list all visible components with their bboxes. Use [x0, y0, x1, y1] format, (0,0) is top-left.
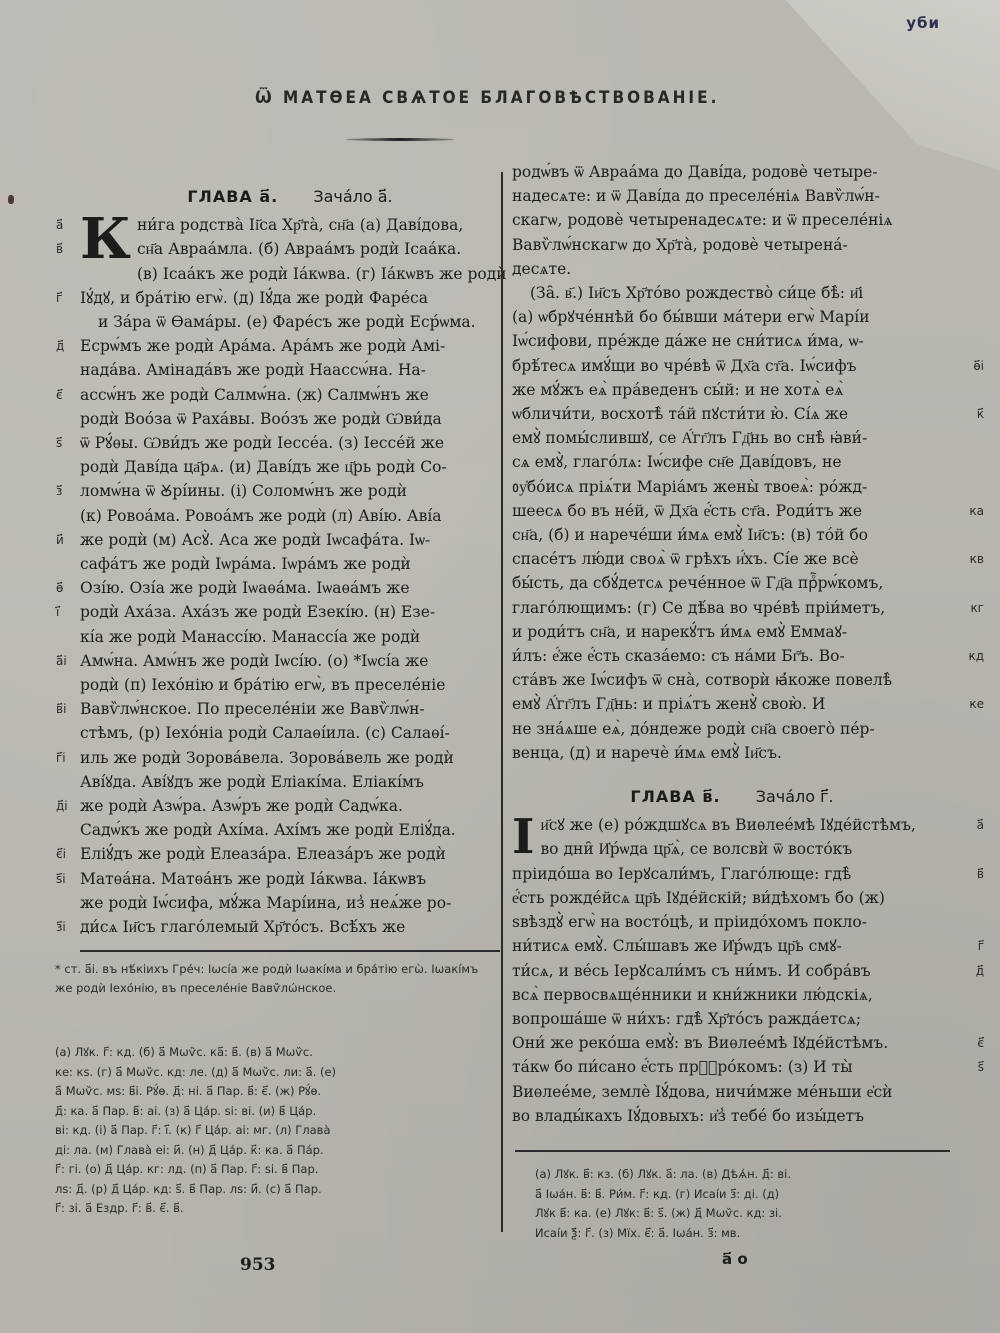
reference-line: д҃: ка. а҃ Пар. в҃: аі. (з) а҃ Ца́р. ѕі:… — [55, 1102, 485, 1122]
verse-text: кі́а же родѝ Манассі́ю. Манассі́а же род… — [80, 628, 420, 646]
verse-text: Еліꙋ́дъ же родѝ Елеаза́ра. Елеаза́ръ же … — [80, 845, 446, 863]
reference-line: ді: ла. (м) Глава̀ еі: и҃. (н) д҃ Ца́р. … — [55, 1141, 485, 1161]
text-line: ѿ Рꙋ́ѳы. Ѡви́дъ же родѝ Іессе́а. (з) Іес… — [80, 431, 500, 455]
chapter-label: ГЛАВА а҃. — [187, 187, 278, 206]
text-line: и́лъ: е҆́же е҆́сть сказа́емо: съ на́ми Б… — [512, 644, 952, 668]
right-column: родѡ́въ ѿ Авраа́ма до Даві́да, родовѐ че… — [512, 160, 952, 1128]
text-line: вопроша́ше ѿ ни́хъ: гдѣ̀ Хр҃то́съ ражда́… — [512, 1007, 952, 1031]
verse-text: сн҃а Авраа́мла. (б) Авраа́мъ родѝ Ісаа́к… — [137, 240, 461, 258]
verse-text: и роди́тъ сн҃а, и нарекꙋ́тъ и́мѧ емꙋ̀ Ем… — [512, 623, 847, 641]
page-number: 953 — [240, 1255, 276, 1275]
verse-text: сн҃а, (б) и нарече́ши и́мѧ емꙋ̀ Іи҃съ: (… — [512, 526, 868, 544]
verse-text: глаго́лющимъ: (г) Се дѣ́ва во чре́вѣ прі… — [512, 599, 885, 617]
verse-text: во влады́кахъ Іꙋ́довыхъ: и҆з̾ тебе́ бо и… — [512, 1107, 864, 1125]
text-line: Вавѷлѡ́нскагѡ до Хр҃та̀, родовѐ четырена… — [512, 233, 952, 257]
text-line: ти́сѧ, и ве́сь Іерꙋсали́мъ съ ни́мъ. И с… — [512, 959, 952, 983]
verse-text: Матѳа́на. Матѳа́нъ же родѝ Іа́кѡва. Іа́к… — [80, 870, 426, 888]
verse-number: и҃ — [56, 528, 64, 552]
verse-number: д҃ — [976, 959, 984, 983]
text-line: не зна́ѧше еѧ̀, до́ндеже родѝ сн҃а своег… — [512, 717, 952, 741]
verse-text: ᲂу҆бо́исѧ пріѧ́ти Маріа́мъ жены̀ твоеѧ̀:… — [512, 478, 867, 496]
verse-text: (а) ѡбрꙋче́ннѣй бо бы́вши ма́тери егѡ̀ М… — [512, 308, 870, 326]
text-line: спасе́тъ лю́ди своѧ̀ ѿ грѣхъ и҆́хъ. Сі́е… — [512, 547, 952, 571]
verse-number: і҃ — [56, 600, 59, 624]
verse-text: родѝ Даві́да ца҃рѧ. (и) Даві́дъ же ц҃рь … — [80, 458, 447, 476]
text-line: и роди́тъ сн҃а, и нарекꙋ́тъ и́мѧ емꙋ̀ Ем… — [512, 620, 952, 644]
verse-text: родѝ Воо́за ѿ Раха́вы. Воо́зъ же родѝ Ѡв… — [80, 410, 442, 428]
verse-text: Виѳлее́ме, землѐ Іꙋ́дова, ничи́мже ме́нь… — [512, 1083, 893, 1101]
verse-text: (к) Ровоа́ма. Ровоа́мъ же родѝ (л) Аві́ю… — [80, 507, 442, 525]
text-line: ни́га родства̀ Іі҃са Хр҃та̀, сн҃а (а) Да… — [80, 213, 500, 237]
chapter-heading-2: ГЛАВА в҃. Зача́ло г҃. — [512, 785, 952, 809]
text-line: родѝ Даві́да ца҃рѧ. (и) Даві́дъ же ц҃рь … — [80, 455, 500, 479]
text-line: Садѡ́къ же родѝ Ахі́ма. Ахі́мъ же родѝ Е… — [80, 818, 500, 842]
right-text-body-1: родѡ́въ ѿ Авраа́ма до Даві́да, родовѐ че… — [512, 160, 952, 765]
verse-text: же родѝ (м) Асꙋ̀. Аса же родѝ Іѡсафа́та.… — [80, 531, 430, 549]
verse-text: Вавѷлѡ́нское. По преселе́ніи же Вавѷлѡ́н… — [80, 700, 425, 718]
verse-number: ѕ҃і — [56, 867, 66, 891]
text-line: Іѡ́сифови, пре́жде да́же не сни́тисѧ и́м… — [512, 329, 952, 353]
verse-text: иль же родѝ Зорова́вела. Зорова́вель же … — [80, 749, 454, 767]
verse-number: а҃ — [56, 213, 63, 237]
verse-text: родѝ Аха́за. Аха́зъ же родѝ Езекі́ю. (н)… — [80, 603, 435, 621]
verse-number: ѕ҃ — [56, 431, 62, 455]
reference-line: ке: кѕ. (г) а҃ Мѡѷс. кд: ле. (д) а҃ Мѡѷс… — [55, 1063, 485, 1083]
text-line: Еліꙋ́дъ же родѝ Елеаза́ра. Елеаза́ръ же … — [80, 842, 500, 866]
text-line: надесѧте: и ѿ Даві́да до преселе́ніѧ Вав… — [512, 184, 952, 208]
text-line: нада́ва. Амінада́въ же родѝ Наассѡ́на. Н… — [80, 358, 500, 382]
text-line: иль же родѝ Зорова́вела. Зорова́вель же … — [80, 746, 500, 770]
text-line: стѣмъ, (р) Іехо́ніа родѝ Салаѳі́ила. (с)… — [80, 721, 500, 745]
verse-text: скагѡ, родовѐ четыренадесѧте: и ѿ пресел… — [512, 211, 893, 229]
verse-text: емꙋ̀ А҆́гг҃лъ Гд҃нь: и пріѧ́тъ женꙋ̀ сво… — [512, 695, 825, 713]
ink-spot — [8, 195, 14, 204]
reference-line: лѕ: д҃. (р) д҃ Ца́р. кд: ѕ҃. в҃ Пар. лѕ:… — [55, 1180, 485, 1200]
text-line: Іꙋ́дꙋ, и бра́тію егѡ̀. (д) Іꙋ́да же родѝ… — [80, 286, 500, 310]
verse-text: стѣмъ, (р) Іехо́ніа родѝ Салаѳі́ила. (с)… — [80, 724, 450, 742]
chapter-heading-1: ГЛАВА а҃. Зача́ло а҃. — [80, 185, 500, 209]
text-line: ᲂу҆бо́исѧ пріѧ́ти Маріа́мъ жены̀ твоеѧ̀:… — [512, 475, 952, 499]
verse-text: ста́въ же Іѡ́сифъ ѿ сна̀, сотворѝ ꙗ҆́кож… — [512, 671, 892, 689]
verse-text: Озі́ю. Озі́а же родѝ Іѡаѳа́ма. Іѡаѳа́мъ … — [80, 579, 410, 597]
verse-text: е҆́сть рожде́йсѧ цр҃ь Іꙋде́йскій; ви́дѣх… — [512, 889, 885, 907]
verse-text: вопроша́ше ѿ ни́хъ: гдѣ̀ Хр҃то́съ ражда́… — [512, 1010, 861, 1028]
text-line: десѧте. — [512, 257, 952, 281]
text-line: Вавѷлѡ́нское. По преселе́ніи же Вавѷлѡ́н… — [80, 697, 500, 721]
verse-text: Садѡ́къ же родѝ Ахі́ма. Ахі́мъ же родѝ Е… — [80, 821, 456, 839]
text-line: (За̑. в҃.) Іи҃съ Хр҃то́во рождество̀ си́… — [512, 281, 952, 305]
verse-number: г҃ — [978, 934, 984, 958]
verse-text: родѝ (п) Іехо́нію и бра́тію егѡ̀, въ пре… — [80, 676, 445, 694]
reference-line: а҃ Іѡа́н. в҃: в҃. Ри́м. г҃: кд. (г) Исаі… — [535, 1185, 955, 1205]
verse-number: а҃і — [56, 649, 67, 673]
text-line: ди́сѧ Іи҃съ глаго́лемый Хр҃то́съ. Всѣ́хъ… — [80, 915, 500, 939]
verse-number: з҃і — [56, 915, 66, 939]
text-line: ѡбличи́ти, восхотѣ̀ та́й пꙋсти́ти ю̀. Сі… — [512, 402, 952, 426]
cross-references-left: (а) Лꙋк. г҃: кд. (б) а҃ Мѡѷс. ка҃: в҃. (… — [55, 1043, 485, 1219]
text-line: сн҃а Авраа́мла. (б) Авраа́мъ родѝ Ісаа́к… — [80, 237, 500, 261]
verse-text: ни́тисѧ емꙋ̀. Слы́шавъ же И҆р́ѡдъ цр҃ь с… — [512, 937, 842, 955]
zachalo-label: Зача́ло г҃. — [756, 787, 834, 806]
text-line: бы́сть, да сбꙋ́детсѧ рече́нное ѿ Гд҃а пр… — [512, 571, 952, 595]
verse-text: та́кѡ бо пи́сано е҆́сть прⷪ҇ро́комъ: (з)… — [512, 1058, 853, 1076]
verse-text: Аві́ꙋда. Аві́ꙋдъ же родѝ Еліакі́ма. Еліа… — [80, 773, 424, 791]
text-line: сафа́тъ же родѝ Іѡра́ма. Іѡра́мъ же родѝ — [80, 552, 500, 576]
text-line: родѡ́въ ѿ Авраа́ма до Даві́да, родовѐ че… — [512, 160, 952, 184]
verse-text: ни́га родства̀ Іі҃са Хр҃та̀, сн҃а (а) Да… — [137, 216, 463, 234]
verse-text: Есрѡ́мъ же родѝ Ара́ма. Ара́мъ же родѝ А… — [80, 337, 445, 355]
verse-text: Они́ же реко́ша емꙋ̀: въ Виѳлее́мѣ Іꙋде́… — [512, 1034, 888, 1052]
text-line: емꙋ̀ помы́слившꙋ, се А҆́гг҃лъ Гд҃нь во с… — [512, 426, 952, 450]
footnote-rule-right — [515, 1150, 950, 1152]
reference-line: (а) Лꙋк. г҃: кд. (б) а҃ Мѡѷс. ка҃: в҃. (… — [55, 1043, 485, 1063]
text-line: (в) Ісаа́къ же родѝ Іа́кѡва. (г) Іа́кѡвъ… — [80, 262, 500, 286]
verse-text: десѧте. — [512, 260, 571, 278]
verse-text: не зна́ѧше еѧ̀, до́ндеже родѝ сн҃а своег… — [512, 720, 875, 738]
text-line: (а) ѡбрꙋче́ннѣй бо бы́вши ма́тери егѡ̀ М… — [512, 305, 952, 329]
running-head: Ѿ Матөеа свѧтое благовѣствованіе. — [255, 88, 815, 108]
text-line: Виѳлее́ме, землѐ Іꙋ́дова, ничи́мже ме́нь… — [512, 1080, 952, 1104]
text-line: и За́ра ѿ Ѳама́ры. (е) Фаре́съ же родѝ Е… — [80, 310, 500, 334]
reference-line: г҃: зі. а҃ Ездр. г҃: в҃. є҃. в҃. — [55, 1199, 485, 1219]
text-line: же мꙋ́жъ еѧ̀ пра́веденъ сы́й: и не хотѧ̀… — [512, 378, 952, 402]
verse-text: венца, (д) и наречѐ и́мѧ емꙋ̀ Іи҃съ. — [512, 744, 782, 762]
text-line: скагѡ, родовѐ четыренадесѧте: и ѿ пресел… — [512, 208, 952, 232]
verse-number: кв — [970, 547, 984, 571]
text-line: брѣ́тесѧ имꙋ́щи во чре́вѣ ѿ Дх҃а ст҃а. І… — [512, 354, 952, 378]
verse-text: нада́ва. Амінада́въ же родѝ Наассѡ́на. Н… — [80, 361, 426, 379]
verse-text: же родѝ Іѡ́сифа, мꙋ́жа Марі́ина, из̾ неѧ… — [80, 894, 451, 912]
text-line: во дни̑ И҆р́ѡда цр҃ѧ̀, се волсвѝ ѿ восто… — [512, 837, 952, 861]
text-line: же родѝ Азѡ́ра. Азѡ́ръ же родѝ Садѡ́ка.д… — [80, 794, 500, 818]
text-line: Аві́ꙋда. Аві́ꙋдъ же родѝ Еліакі́ма. Еліа… — [80, 770, 500, 794]
verse-text: родѡ́въ ѿ Авраа́ма до Даві́да, родовѐ че… — [512, 163, 878, 181]
verse-text: надесѧте: и ѿ Даві́да до преселе́ніѧ Вав… — [512, 187, 880, 205]
text-line: емꙋ̀ А҆́гг҃лъ Гд҃нь: и пріѧ́тъ женꙋ̀ сво… — [512, 692, 952, 716]
verse-number: з҃ — [56, 479, 62, 503]
verse-text: всѧ̀ первосвѧще́нники и кни́жники лю́дск… — [512, 986, 873, 1004]
verse-text: и҃сꙋ же (е) ро́ждшꙋсѧ въ Виѳлее́мѣ Іꙋде́… — [540, 816, 915, 834]
text-line: всѧ̀ первосвѧще́нники и кни́жники лю́дск… — [512, 983, 952, 1007]
verse-number: ѳ҃ — [56, 576, 63, 600]
verse-number: ѳ҃і — [973, 354, 984, 378]
zachalo-label: Зача́ло а҃. — [313, 187, 392, 206]
verse-text: ѿ Рꙋ́ѳы. Ѡви́дъ же родѝ Іессе́а. (з) Іес… — [80, 434, 444, 452]
text-line: Есрѡ́мъ же родѝ Ара́ма. Ара́мъ же родѝ А… — [80, 334, 500, 358]
verse-text: емꙋ̀ помы́слившꙋ, се А҆́гг҃лъ Гд҃нь во с… — [512, 429, 867, 447]
verse-number: ке — [969, 692, 984, 716]
footnote-rule-left — [80, 950, 500, 952]
verse-text: пріидо́ша во Іерꙋсали́мъ, Глаго́люще: гд… — [512, 865, 851, 883]
verse-number: а҃ — [977, 813, 984, 837]
verse-text: бы́сть, да сбꙋ́детсѧ рече́нное ѿ Гд҃а пр… — [512, 574, 883, 592]
text-line: шеесѧ бо въ не́й, ѿ Дх҃а е҆́сть ст҃а. Ро… — [512, 499, 952, 523]
verse-number: в҃і — [56, 697, 66, 721]
verse-text: брѣ́тесѧ имꙋ́щи во чре́вѣ ѿ Дх҃а ст҃а. І… — [512, 357, 857, 375]
verse-text: (в) Ісаа́къ же родѝ Іа́кѡва. (г) Іа́кѡвъ… — [137, 265, 507, 283]
verse-text: Іѡ́сифови, пре́жде да́же не сни́тисѧ и́м… — [512, 332, 864, 350]
text-line: же родѝ Іѡ́сифа, мꙋ́жа Марі́ина, из̾ неѧ… — [80, 891, 500, 915]
reference-line: г҃: гі. (о) д҃ Ца́р. кг: лд. (п) а҃ Пар.… — [55, 1160, 485, 1180]
verse-number: к҃ — [977, 402, 984, 426]
verse-text: сѧ емꙋ̀, глаго́лѧ: Іѡ́сифе сн҃е Даві́дов… — [512, 453, 842, 471]
text-line: родѝ Аха́за. Аха́зъ же родѝ Езекі́ю. (н)… — [80, 600, 500, 624]
text-line: е҆́сть рожде́йсѧ цр҃ь Іꙋде́йскій; ви́дѣх… — [512, 886, 952, 910]
text-line: сѧ емꙋ̀, глаго́лѧ: Іѡ́сифе сн҃е Даві́дов… — [512, 450, 952, 474]
cross-references-right: (а) Лꙋк. в҃: кз. (б) Лꙋк. а҃: ла. (в) Дѣ… — [535, 1165, 955, 1243]
reference-line: (а) Лꙋк. в҃: кз. (б) Лꙋк. а҃: ла. (в) Дѣ… — [535, 1165, 955, 1185]
verse-number: кг — [970, 596, 984, 620]
verse-number: д҃ — [56, 334, 64, 358]
text-line: Матѳа́на. Матѳа́нъ же родѝ Іа́кѡва. Іа́к… — [80, 867, 500, 891]
verse-text: ѕвѣздꙋ̀ егѡ̀ на восто́цѣ, и пріидо́хомъ … — [512, 913, 867, 931]
reference-line: ві: кд. (і) а҃ Пар. г҃: і҃. (к) г҃ Ца́р.… — [55, 1121, 485, 1141]
column-divider — [501, 172, 503, 1232]
verse-text: (За̑. в҃.) Іи҃съ Хр҃то́во рождество̀ си́… — [530, 284, 863, 302]
verse-text: Іꙋ́дꙋ, и бра́тію егѡ̀. (д) Іꙋ́да же родѝ… — [80, 289, 428, 307]
verse-number: є҃ — [56, 383, 63, 407]
printer-signature-mark: а҃ о — [722, 1250, 748, 1268]
text-line: ста́въ же Іѡ́сифъ ѿ сна̀, сотворѝ ꙗ҆́кож… — [512, 668, 952, 692]
text-line: ломѡ́на ѿ Ꙋрі́ины. (і) Соломѡ́нъ же родѝ… — [80, 479, 500, 503]
verse-number: г҃ — [56, 286, 62, 310]
left-column: ГЛАВА а҃. Зача́ло а҃. К ни́га родства̀ І… — [80, 185, 500, 939]
text-line: во влады́кахъ Іꙋ́довыхъ: и҆з̾ тебе́ бо и… — [512, 1104, 952, 1128]
verse-text: ди́сѧ Іи҃съ глаго́лемый Хр҃то́съ. Всѣ́хъ… — [80, 918, 405, 936]
verse-text: сафа́тъ же родѝ Іѡра́ма. Іѡра́мъ же родѝ — [80, 555, 411, 573]
left-text-body: К ни́га родства̀ Іі҃са Хр҃та̀, сн҃а (а) … — [80, 213, 500, 939]
text-line: кі́а же родѝ Манассі́ю. Манассі́а же род… — [80, 625, 500, 649]
text-line: пріидо́ша во Іерꙋсали́мъ, Глаго́люще: гд… — [512, 862, 952, 886]
verse-text: ѡбличи́ти, восхотѣ̀ та́й пꙋсти́ти ю̀. Сі… — [512, 405, 848, 423]
verse-text: ти́сѧ, и ве́сь Іерꙋсали́мъ съ ни́мъ. И с… — [512, 962, 871, 980]
reference-line: Лꙋк в҃: ка. (е) Лꙋк: в҃: ѕ҃. (ж) д҃ Мѡѷс… — [535, 1204, 955, 1224]
text-line: сн҃а, (б) и нарече́ши и́мѧ емꙋ̀ Іи҃съ: (… — [512, 523, 952, 547]
verse-text: во дни̑ И҆р́ѡда цр҃ѧ̀, се волсвѝ ѿ восто… — [540, 840, 852, 858]
chapter-label: ГЛАВА в҃. — [630, 787, 720, 806]
text-line: Они́ же реко́ша емꙋ̀: въ Виѳлее́мѣ Іꙋде́… — [512, 1031, 952, 1055]
verse-number: є҃ — [977, 1031, 984, 1055]
ornamental-rule — [345, 138, 455, 141]
verse-text: и За́ра ѿ Ѳама́ры. (е) Фаре́съ же родѝ Е… — [98, 313, 476, 331]
footnote-variant-reading: * ст. а҃і. въ нѣ́кіихъ Гре́ч: Іѡсі́а же … — [55, 960, 485, 998]
verse-number: кд — [968, 644, 984, 668]
reference-line: а҃ Мѡѷс. мѕ: в҃і. Рꙋ́ѳ. д҃: ні. а҃ Пар. … — [55, 1082, 485, 1102]
text-line: та́кѡ бо пи́сано е҆́сть прⷪ҇ро́комъ: (з)… — [512, 1055, 952, 1079]
verse-number: ка — [969, 499, 984, 523]
verse-number: є҃і — [56, 842, 66, 866]
text-line: Амѡ́на. Амѡ́нъ же родѝ Іѡсі́ю. (о) *Іѡсі… — [80, 649, 500, 673]
verse-text: же мꙋ́жъ еѧ̀ пра́веденъ сы́й: и не хотѧ̀… — [512, 381, 843, 399]
verse-text: Амѡ́на. Амѡ́нъ же родѝ Іѡсі́ю. (о) *Іѡсі… — [80, 652, 428, 670]
verse-text: Вавѷлѡ́нскагѡ до Хр҃та̀, родовѐ четырена… — [512, 236, 848, 254]
verse-text: спасе́тъ лю́ди своѧ̀ ѿ грѣхъ и҆́хъ. Сі́е… — [512, 550, 859, 568]
folio-number-top: уби — [906, 14, 940, 32]
verse-text: же родѝ Азѡ́ра. Азѡ́ръ же родѝ Садѡ́ка. — [80, 797, 403, 815]
text-line: (к) Ровоа́ма. Ровоа́мъ же родѝ (л) Аві́ю… — [80, 504, 500, 528]
verse-text: ломѡ́на ѿ Ꙋрі́ины. (і) Соломѡ́нъ же родѝ — [80, 482, 407, 500]
verse-text: шеесѧ бо въ не́й, ѿ Дх҃а е҆́сть ст҃а. Ро… — [512, 502, 862, 520]
verse-number: в҃ — [56, 237, 63, 261]
text-line: и҃сꙋ же (е) ро́ждшꙋсѧ въ Виѳлее́мѣ Іꙋде́… — [512, 813, 952, 837]
verse-number: г҃і — [56, 746, 66, 770]
text-line: Озі́ю. Озі́а же родѝ Іѡаѳа́ма. Іѡаѳа́мъ … — [80, 576, 500, 600]
text-line: родѝ Воо́за ѿ Раха́вы. Воо́зъ же родѝ Ѡв… — [80, 407, 500, 431]
verse-text: ассѡ́нъ же родѝ Салмѡ́на. (ж) Салмѡ́нъ ж… — [80, 386, 429, 404]
verse-number: ѕ҃ — [978, 1055, 984, 1079]
text-line: глаго́лющимъ: (г) Се дѣ́ва во чре́вѣ прі… — [512, 596, 952, 620]
verse-number: д҃і — [56, 794, 68, 818]
text-line: ассѡ́нъ же родѝ Салмѡ́на. (ж) Салмѡ́нъ ж… — [80, 383, 500, 407]
text-line: же родѝ (м) Асꙋ̀. Аса же родѝ Іѡсафа́та.… — [80, 528, 500, 552]
verse-text: и́лъ: е҆́же е҆́сть сказа́емо: съ на́ми Б… — [512, 647, 845, 665]
text-line: ѕвѣздꙋ̀ егѡ̀ на восто́цѣ, и пріидо́хомъ … — [512, 910, 952, 934]
text-line: венца, (д) и наречѐ и́мѧ емꙋ̀ Іи҃съ. — [512, 741, 952, 765]
verse-number: в҃ — [977, 862, 984, 886]
right-text-body-2: І и҃сꙋ же (е) ро́ждшꙋсѧ въ Виѳлее́мѣ Іꙋд… — [512, 813, 952, 1128]
page-corner-fold — [670, 0, 1000, 170]
text-line: ни́тисѧ емꙋ̀. Слы́шавъ же И҆р́ѡдъ цр҃ь с… — [512, 934, 952, 958]
text-line: родѝ (п) Іехо́нію и бра́тію егѡ̀, въ пре… — [80, 673, 500, 697]
reference-line: Исаі́и ѯ҃: г҃. (з) Мїх. є҃: а҃. Іѡа́н. з… — [535, 1224, 955, 1244]
